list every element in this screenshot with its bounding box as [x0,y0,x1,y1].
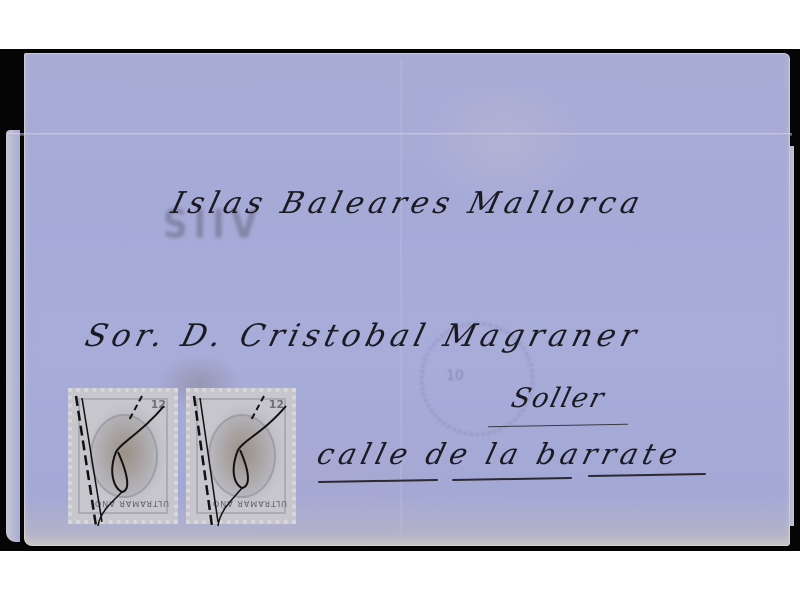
address-line-town: Soller [508,383,609,414]
circular-postmark-date: 10 [446,368,464,384]
address-line-recipient: Sor. D. Cristobal Magraner [82,318,646,354]
pen-cancel-icon [72,392,182,528]
address-line-region: Islas Baleares Mallorca [168,186,648,221]
address-line-street: calle de la barrate [314,437,686,471]
cover-flap-left-edge [6,130,20,542]
postage-stamp-left: 12 ULTRAMAR AÑO [68,388,178,524]
horizontal-fold-crease [8,133,792,136]
pen-cancel-icon [190,392,300,528]
postage-stamp-right: 12 ULTRAMAR AÑO [186,388,296,524]
